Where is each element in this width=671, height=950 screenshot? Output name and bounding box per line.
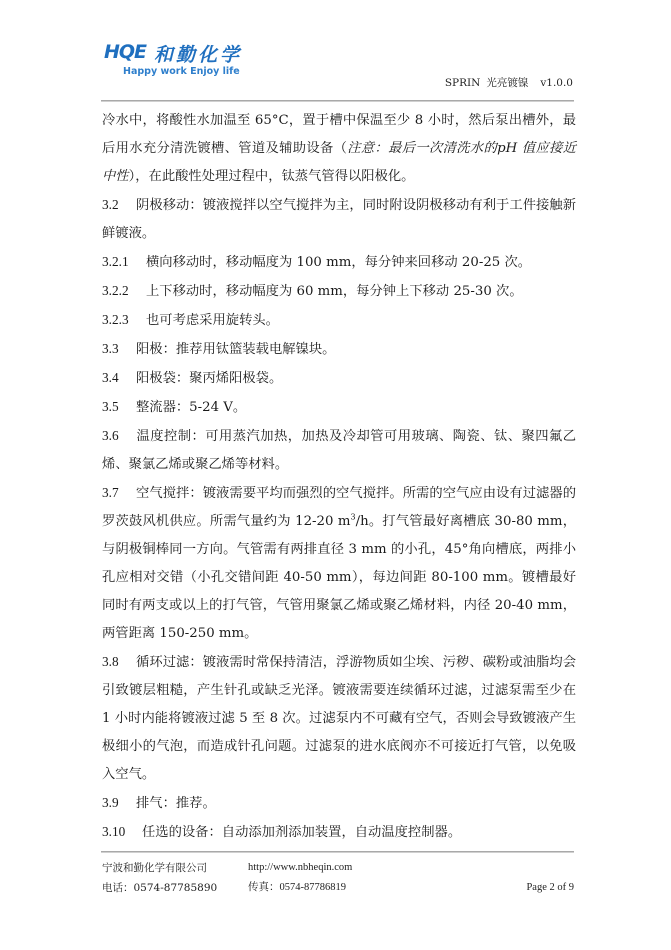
doc-version: v1.0.0 [540,77,573,89]
footer-company: 宁波和勤化学有限公司 [102,858,207,878]
section-3-4: 3.4阳极袋：聚丙烯阳极袋。 [102,364,576,393]
section-3-7: 3.7空气搅拌：镀液需要平均而强烈的空气搅拌。所需的空气应由设有过滤器的罗茨鼓风… [102,479,576,648]
section-text: 整流器：5-24 V。 [136,400,246,415]
page-footer: 宁波和勤化学有限公司 http://www.nbheqin.com 电话：057… [102,858,574,898]
section-text: /h。打气管最好离槽底 30-80 mm，与阴极铜棒同一方向。气管需有两排直径 … [102,514,576,641]
logo-slogan: Happy work Enjoy life [123,66,240,77]
text: ），在此酸性处理过程中，钛蒸气管得以阳极化。 [129,169,415,184]
section-number: 3.2 [102,191,136,219]
footer-phone: 电话：0574-87785890 [102,878,217,898]
section-3-9: 3.9排气：推荐。 [102,789,576,818]
logo-mark: HQE [104,41,146,63]
section-text: 也可考虑采用旋转头。 [146,313,279,328]
section-text: 阳极：推荐用钛篮装载电解镍块。 [136,342,335,357]
company-logo: HQE 和勤化学 Happy work Enjoy life [104,41,304,81]
section-text: 阴极移动：镀液搅拌以空气搅拌为主，同时附设阴极移动有利于工件接触新鲜镀液。 [102,198,576,241]
footer-fax: 传真：0574-87786819 [248,878,346,898]
section-3-3: 3.3阳极：推荐用钛篮装载电解镍块。 [102,335,576,364]
section-3-6: 3.6温度控制：可用蒸汽加热，加热及冷却管可用玻璃、陶瓷、钛、聚四氟乙烯、聚氯乙… [102,422,576,479]
section-number: 3.5 [102,393,136,421]
doc-subtitle: 光亮镀镍 [486,77,528,89]
header-divider [101,100,574,102]
doc-title: SPRIN [445,77,481,89]
section-number: 3.10 [102,818,142,846]
section-number: 3.2.3 [102,306,146,334]
section-text: 温度控制：可用蒸汽加热，加热及冷却管可用玻璃、陶瓷、钛、聚四氟乙烯、聚氯乙烯或聚… [102,429,576,472]
section-3-10: 3.10任选的设备：自动添加剂添加装置，自动温度控制器。 [102,818,576,847]
section-3-8: 3.8循环过滤：镀液需时常保持清洁，浮游物质如尘埃、污秽、碳粉或油脂均会引致镀层… [102,648,576,789]
section-number: 3.2.2 [102,277,146,305]
section-3-2-3: 3.2.3也可考虑采用旋转头。 [102,306,576,335]
section-text: 上下移动时，移动幅度为 60 mm，每分钟上下移动 25-30 次。 [146,284,523,299]
section-number: 3.2.1 [102,248,146,276]
section-text: 循环过滤：镀液需时常保持清洁，浮游物质如尘埃、污秽、碳粉或油脂均会引致镀层粗糙，… [102,655,576,782]
section-3-2-1: 3.2.1横向移动时，移动幅度为 100 mm，每分钟来回移动 20-25 次。 [102,248,576,277]
document-header: SPRIN光亮镀镍v1.0.0 [439,75,573,90]
section-number: 3.8 [102,648,136,676]
footer-divider [101,851,574,853]
paragraph-continued: 冷水中，将酸性水加温至 65°C，置于槽中保温至少 8 小时，然后泵出槽外，最后… [102,107,576,191]
section-number: 3.6 [102,422,136,450]
section-number: 3.4 [102,364,136,392]
section-text: 任选的设备：自动添加剂添加装置，自动温度控制器。 [142,825,461,840]
section-text: 阳极袋：聚丙烯阳极袋。 [136,371,282,386]
section-text: 横向移动时，移动幅度为 100 mm，每分钟来回移动 20-25 次。 [146,255,531,270]
footer-website-link[interactable]: http://www.nbheqin.com [248,858,352,878]
section-number: 3.3 [102,335,136,363]
logo-chinese-name: 和勤化学 [154,40,242,67]
section-3-5: 3.5整流器：5-24 V。 [102,393,576,422]
page-number: Page 2 of 9 [526,878,574,898]
document-body: 冷水中，将酸性水加温至 65°C，置于槽中保温至少 8 小时，然后泵出槽外，最后… [102,107,576,847]
section-3-2: 3.2阴极移动：镀液搅拌以空气搅拌为主，同时附设阴极移动有利于工件接触新鲜镀液。 [102,191,576,248]
section-3-2-2: 3.2.2上下移动时，移动幅度为 60 mm，每分钟上下移动 25-30 次。 [102,277,576,306]
section-number: 3.9 [102,789,136,817]
section-number: 3.7 [102,479,136,507]
section-text: 排气：推荐。 [136,796,216,811]
